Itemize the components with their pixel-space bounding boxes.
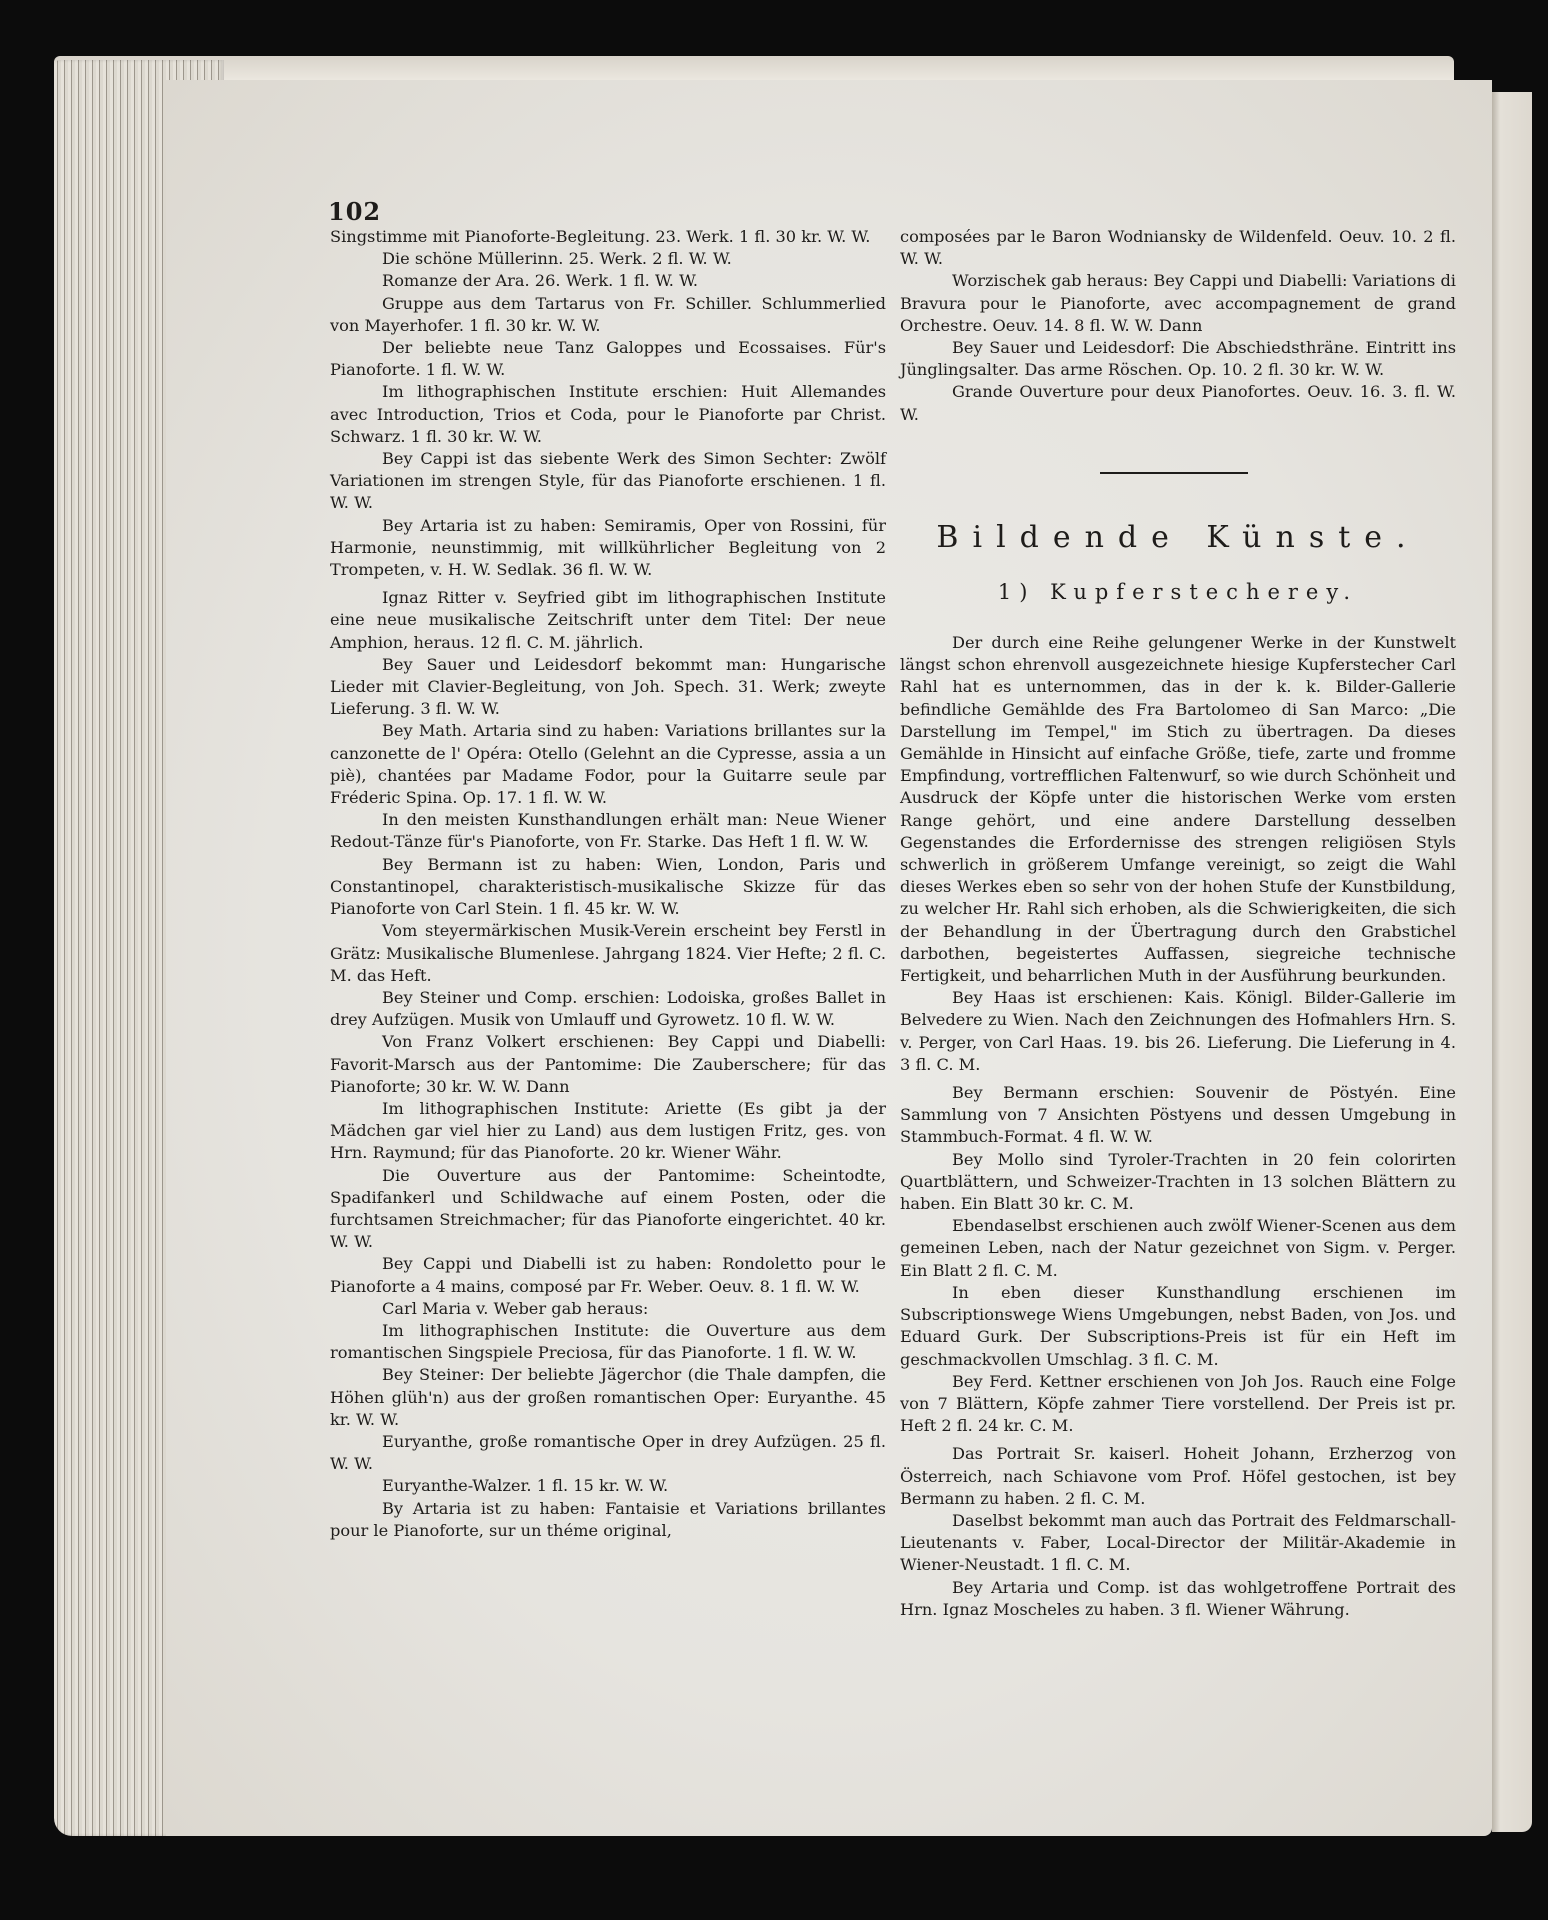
paragraph: Carl Maria v. Weber gab heraus: [330, 1298, 886, 1320]
paragraph: Bey Sauer und Leidesdorf bekommt man: Hu… [330, 654, 886, 721]
paragraph: Bey Cappi und Diabelli ist zu haben: Ron… [330, 1253, 886, 1297]
paragraph: Grande Ouverture pour deux Pianofortes. … [900, 381, 1456, 425]
paragraph: Bey Haas ist erschienen: Kais. Königl. B… [900, 987, 1456, 1076]
paragraph: Euryanthe, große romantische Oper in dre… [330, 1431, 886, 1475]
paragraph: Bey Steiner: Der beliebte Jägerchor (die… [330, 1364, 886, 1431]
paragraph: Die schöne Müllerinn. 25. Werk. 2 fl. W.… [330, 248, 886, 270]
paragraph: Von Franz Volkert erschienen: Bey Cappi … [330, 1031, 886, 1098]
paragraph: Bey Steiner und Comp. erschien: Lodoiska… [330, 987, 886, 1031]
paragraph: Bey Bermann ist zu haben: Wien, London, … [330, 854, 886, 921]
paragraph: Der beliebte neue Tanz Galoppes und Ecos… [330, 337, 886, 381]
paragraph: In eben dieser Kunsthandlung erschienen … [900, 1282, 1456, 1371]
section-divider-rule [1100, 472, 1248, 474]
paragraph: Bey Bermann erschien: Souvenir de Pöstyé… [900, 1082, 1456, 1149]
paragraph: composées par le Baron Wodniansky de Wil… [900, 226, 1456, 270]
paragraph: Ebendaselbst erschienen auch zwölf Wiene… [900, 1215, 1456, 1282]
paragraph: Im lithographischen Institute: die Ouver… [330, 1320, 886, 1364]
paragraph: Bey Sauer und Leidesdorf: Die Abschiedst… [900, 337, 1456, 381]
paragraph: Bey Mollo sind Tyroler-Trachten in 20 fe… [900, 1149, 1456, 1216]
paragraph: Bey Artaria ist zu haben: Semiramis, Ope… [330, 515, 886, 582]
paragraph: Gruppe aus dem Tartarus von Fr. Schiller… [330, 293, 886, 337]
paragraph: Bey Ferd. Kettner erschienen von Joh Jos… [900, 1371, 1456, 1438]
paragraph: By Artaria ist zu haben: Fantaisie et Va… [330, 1498, 886, 1542]
subsection-title: 1) Kupferstecherey. [900, 580, 1456, 604]
paragraph: Bey Artaria und Comp. ist das wohlgetrof… [900, 1577, 1456, 1621]
section-title: Bildende Künste. [900, 520, 1456, 555]
paragraph: Der durch eine Reihe gelungener Werke in… [900, 632, 1456, 987]
page-stack-top-edge [54, 56, 1454, 80]
paragraph: In den meisten Kunsthandlungen erhält ma… [330, 809, 886, 853]
paragraph: Das Portrait Sr. kaiserl. Hoheit Johann,… [900, 1443, 1456, 1510]
paragraph: Euryanthe-Walzer. 1 fl. 15 kr. W. W. [330, 1475, 886, 1497]
right-column-top: composées par le Baron Wodniansky de Wil… [900, 226, 1456, 426]
paragraph: Bey Math. Artaria sind zu haben: Variati… [330, 720, 886, 809]
paragraph: Singstimme mit Pianoforte-Begleitung. 23… [330, 226, 886, 248]
right-column-bottom: Der durch eine Reihe gelungener Werke in… [900, 632, 1456, 1621]
paragraph: Im lithographischen Institute erschien: … [330, 381, 886, 448]
book-gutter [1492, 92, 1532, 1832]
paragraph: Vom steyermärkischen Musik-Verein ersche… [330, 920, 886, 987]
paragraph: Die Ouverture aus der Pantomime: Scheint… [330, 1165, 886, 1254]
paragraph: Bey Cappi ist das siebente Werk des Simo… [330, 448, 886, 515]
paragraph: Daselbst bekommt man auch das Portrait d… [900, 1510, 1456, 1577]
page-number: 102 [328, 197, 381, 226]
paragraph: Im lithographischen Institute: Ariette (… [330, 1098, 886, 1165]
paragraph: Romanze der Ara. 26. Werk. 1 fl. W. W. [330, 270, 886, 292]
paragraph: Ignaz Ritter v. Seyfried gibt im lithogr… [330, 587, 886, 654]
paragraph: Worzischek gab heraus: Bey Cappi und Dia… [900, 270, 1456, 337]
left-column: Singstimme mit Pianoforte-Begleitung. 23… [330, 226, 886, 1542]
